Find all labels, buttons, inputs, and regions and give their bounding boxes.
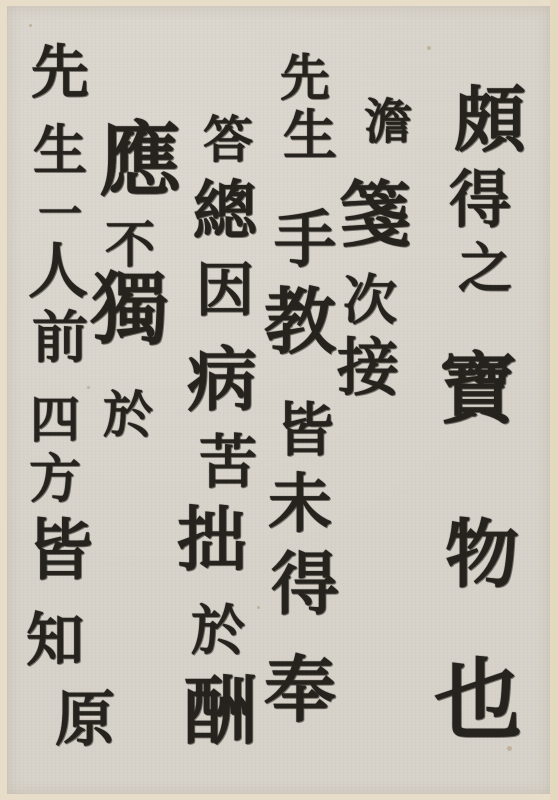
calligraphy-character: 拙 [177, 505, 247, 575]
calligraphy-character: 前 [32, 310, 88, 366]
calligraphy-character: 於 [191, 603, 245, 657]
calligraphy-character: 人 [28, 242, 88, 302]
calligraphy-character: 手 [274, 209, 336, 271]
calligraphy-character: 一 [38, 193, 82, 237]
calligraphy-character: 苦 [199, 433, 257, 491]
calligraphy-character: 接 [337, 337, 399, 399]
calligraphy-character: 答 [203, 115, 253, 165]
calligraphy-character: 次 [343, 273, 397, 327]
calligraphy-character: 物 [445, 518, 519, 592]
calligraphy-character: 教 [264, 286, 336, 358]
calligraphy-character: 未 [268, 473, 332, 537]
calligraphy-character: 酬 [183, 675, 257, 749]
calligraphy-character: 四 [30, 395, 80, 445]
calligraphy-character: 方 [29, 454, 81, 506]
calligraphy-character: 皆 [276, 401, 334, 459]
paper-stain [29, 24, 32, 27]
calligraphy-character: 因 [196, 261, 254, 319]
calligraphy-character: 得 [271, 551, 339, 619]
calligraphy-character: 皆 [27, 517, 93, 583]
mounting-border: 頗得之寶物也澹箋次接先生手教皆未得奉答總因病苦拙於酬應不獨於先生一人前四方皆知原 [0, 0, 558, 800]
calligraphy-character: 箋 [339, 179, 411, 251]
calligraphy-character: 頗 [454, 84, 526, 156]
calligraphy-character: 生 [283, 108, 337, 162]
mount-edge-strip [550, 0, 558, 800]
calligraphy-character: 生 [33, 123, 87, 177]
calligraphy-character: 也 [434, 656, 522, 744]
paper-stain [257, 606, 260, 609]
calligraphy-character: 知 [26, 611, 84, 669]
calligraphy-character: 於 [103, 390, 153, 440]
calligraphy-character: 得 [449, 169, 511, 231]
calligraphy-character: 原 [55, 690, 115, 750]
calligraphy-character: 澹 [364, 98, 412, 146]
calligraphy-character: 獨 [91, 271, 169, 349]
calligraphy-character: 寶 [439, 351, 517, 429]
calligraphy-character: 病 [187, 345, 257, 415]
calligraphy-character: 應 [99, 119, 181, 201]
calligraphy-character: 先 [31, 43, 89, 101]
calligraphy-character: 奉 [264, 654, 336, 726]
calligraphy-character: 不 [105, 220, 155, 270]
calligraphy-character: 先 [280, 53, 330, 103]
calligraphy-character: 總 [193, 180, 257, 244]
paper-stain [427, 46, 431, 50]
paper-stain [87, 386, 90, 389]
calligraphy-character: 之 [458, 241, 512, 295]
